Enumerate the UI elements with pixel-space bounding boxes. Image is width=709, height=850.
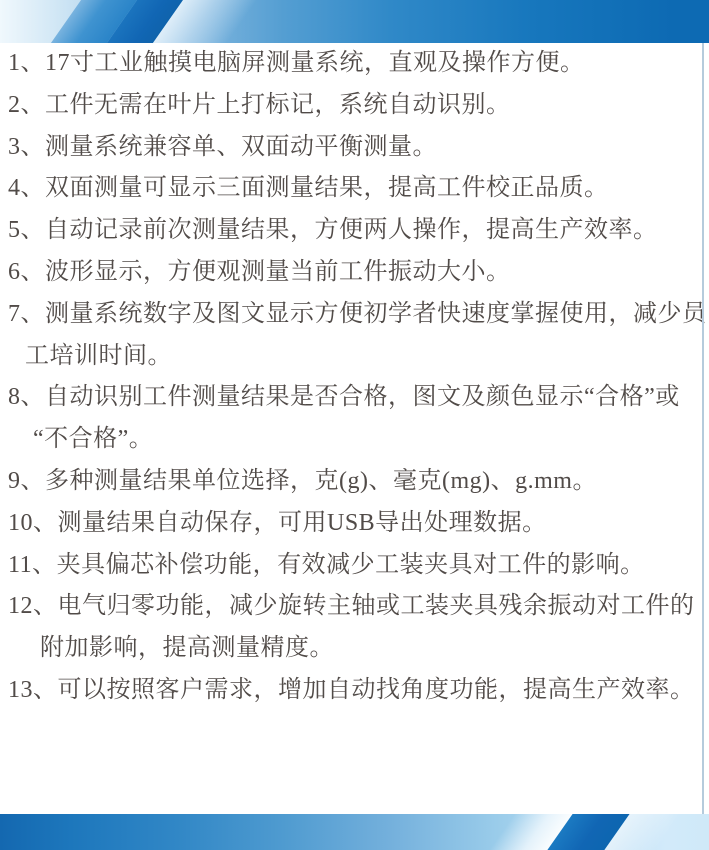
feature-item: 7、测量系统数字及图文显示方便初学者快速度掌握使用，减少员工培训时间。 xyxy=(8,294,699,378)
feature-line: 9、多种测量结果单位选择，克(g)、毫克(mg)、g.mm。 xyxy=(8,461,699,503)
feature-line: 12、电气归零功能，减少旋转主轴或工装夹具残余振动对工件的 xyxy=(8,586,699,628)
feature-line: 6、波形显示，方便观测量当前工件振动大小。 xyxy=(8,252,699,294)
feature-item: 2、工件无需在叶片上打标记，系统自动识别。 xyxy=(8,85,699,127)
feature-line: 1、17寸工业触摸电脑屏测量系统，直观及操作方便。 xyxy=(8,43,699,85)
feature-line: 7、测量系统数字及图文显示方便初学者快速度掌握使用，减少员 xyxy=(8,294,699,336)
right-edge-rule xyxy=(702,43,704,814)
feature-item: 12、电气归零功能，减少旋转主轴或工装夹具残余振动对工件的附加影响，提高测量精度… xyxy=(8,586,699,670)
feature-line: 2、工件无需在叶片上打标记，系统自动识别。 xyxy=(8,85,699,127)
feature-line: 11、夹具偏芯补偿功能，有效减少工装夹具对工件的影响。 xyxy=(8,545,699,587)
feature-line: 3、测量系统兼容单、双面动平衡测量。 xyxy=(8,127,699,169)
feature-line: 5、自动记录前次测量结果，方便两人操作，提高生产效率。 xyxy=(8,210,699,252)
content-area: 1、17寸工业触摸电脑屏测量系统，直观及操作方便。2、工件无需在叶片上打标记，系… xyxy=(8,43,699,712)
feature-item: 8、自动识别工件测量结果是否合格，图文及颜色显示“合格”或“不合格”。 xyxy=(8,377,699,461)
top-decor-bar xyxy=(0,0,709,43)
feature-line: “不合格”。 xyxy=(8,419,699,461)
feature-line: 10、测量结果自动保存，可用USB导出处理数据。 xyxy=(8,503,699,545)
feature-line: 13、可以按照客户需求，增加自动找角度功能，提高生产效率。 xyxy=(8,670,699,712)
feature-line: 工培训时间。 xyxy=(8,336,699,378)
feature-item: 13、可以按照客户需求，增加自动找角度功能，提高生产效率。 xyxy=(8,670,699,712)
feature-item: 11、夹具偏芯补偿功能，有效减少工装夹具对工件的影响。 xyxy=(8,545,699,587)
feature-line: 8、自动识别工件测量结果是否合格，图文及颜色显示“合格”或 xyxy=(8,377,699,419)
slide-page: 1、17寸工业触摸电脑屏测量系统，直观及操作方便。2、工件无需在叶片上打标记，系… xyxy=(0,0,709,850)
feature-item: 1、17寸工业触摸电脑屏测量系统，直观及操作方便。 xyxy=(8,43,699,85)
feature-item: 4、双面测量可显示三面测量结果，提高工件校正品质。 xyxy=(8,168,699,210)
feature-line: 4、双面测量可显示三面测量结果，提高工件校正品质。 xyxy=(8,168,699,210)
feature-item: 9、多种测量结果单位选择，克(g)、毫克(mg)、g.mm。 xyxy=(8,461,699,503)
feature-list: 1、17寸工业触摸电脑屏测量系统，直观及操作方便。2、工件无需在叶片上打标记，系… xyxy=(8,43,699,712)
feature-line: 附加影响，提高测量精度。 xyxy=(8,628,699,670)
bottom-decor-bar xyxy=(0,814,709,850)
feature-item: 10、测量结果自动保存，可用USB导出处理数据。 xyxy=(8,503,699,545)
feature-item: 5、自动记录前次测量结果，方便两人操作，提高生产效率。 xyxy=(8,210,699,252)
feature-item: 6、波形显示，方便观测量当前工件振动大小。 xyxy=(8,252,699,294)
feature-item: 3、测量系统兼容单、双面动平衡测量。 xyxy=(8,127,699,169)
